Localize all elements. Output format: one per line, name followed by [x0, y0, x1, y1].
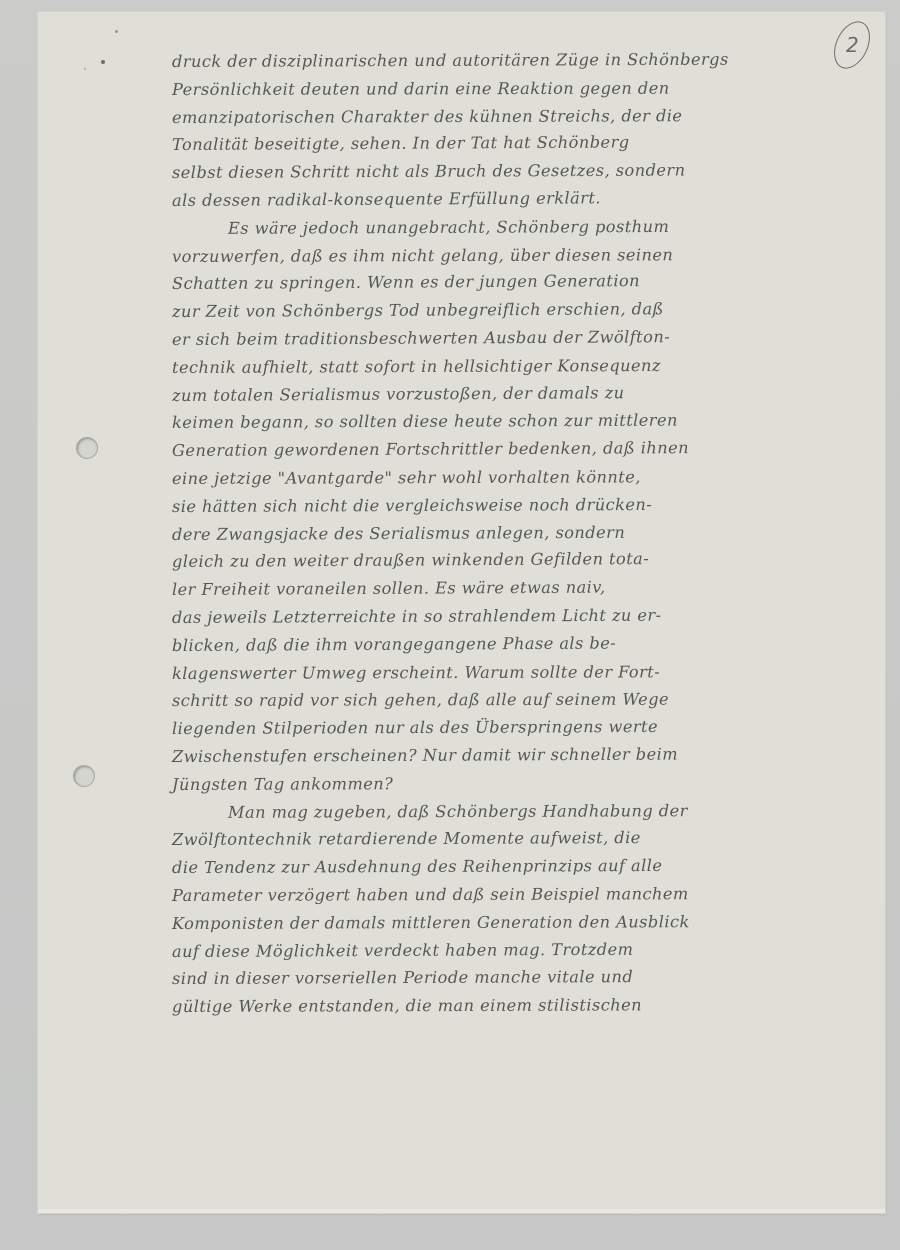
manuscript-line: er sich beim traditionsbeschwerten Ausba…	[172, 322, 812, 353]
manuscript-line: eine jetzige "Avantgarde" sehr wohl vorh…	[172, 463, 812, 493]
manuscript-line: als dessen radikal-konsequente Erfüllung…	[172, 183, 812, 215]
manuscript-line: sind in dieser vorseriellen Periode manc…	[172, 963, 812, 993]
manuscript-line: schritt so rapid vor sich gehen, daß all…	[172, 686, 812, 716]
manuscript-line: die Tendenz zur Ausdehnung des Reihenpri…	[172, 851, 812, 881]
handwritten-text-body: druck der disziplinarischen und autoritä…	[172, 48, 812, 1021]
manuscript-line: druck der disziplinarischen und autoritä…	[172, 45, 812, 75]
manuscript-line: technik aufhielt, statt sofort in hellsi…	[172, 351, 812, 381]
manuscript-line: sie hätten sich nicht die vergleichsweis…	[172, 490, 812, 520]
manuscript-line: Zwischenstufen erscheinen? Nur damit wir…	[172, 740, 812, 771]
manuscript-line: zum totalen Serialismus vorzustoßen, der…	[172, 378, 812, 410]
manuscript-line: gültige Werke entstanden, die man einem …	[172, 991, 812, 1021]
manuscript-line: selbst diesen Schritt nicht als Bruch de…	[172, 156, 812, 187]
paper-speck	[115, 30, 118, 33]
punch-hole-bottom	[73, 765, 95, 787]
manuscript-line: klagenswerter Umweg erscheint. Warum sol…	[172, 657, 812, 687]
manuscript-line: Generation gewordenen Fortschrittler bed…	[172, 434, 812, 465]
manuscript-line: Man mag zugeben, daß Schönbergs Handhabu…	[172, 796, 812, 826]
manuscript-line: Schatten zu springen. Wenn es der jungen…	[172, 266, 812, 298]
manuscript-line: das jeweils Letzterreichte in so strahle…	[172, 601, 812, 632]
manuscript-line: Zwölftontechnik retardierende Momente au…	[172, 824, 812, 854]
manuscript-line: blicken, daß die ihm vorangegangene Phas…	[172, 628, 812, 659]
manuscript-line: Jüngsten Tag ankommen?	[172, 768, 812, 798]
manuscript-line: Komponisten der damals mittleren Generat…	[172, 907, 812, 937]
manuscript-line: Persönlichkeit deuten und darin eine Rea…	[172, 74, 812, 104]
manuscript-line: ler Freiheit voraneilen sollen. Es wäre …	[172, 573, 812, 604]
page-number-text: 2	[846, 33, 859, 57]
manuscript-line: emanzipatorischen Charakter des kühnen S…	[172, 101, 812, 131]
manuscript-line: keimen begann, so sollten diese heute sc…	[172, 406, 812, 437]
manuscript-line: auf diese Möglichkeit verdeckt haben mag…	[172, 934, 812, 965]
paper-speck	[101, 60, 105, 64]
paper-speck	[84, 68, 86, 70]
manuscript-line: zur Zeit von Schönbergs Tod unbegreiflic…	[172, 295, 812, 326]
punch-hole-top	[76, 437, 98, 459]
manuscript-line: Tonalität beseitigte, sehen. In der Tat …	[172, 128, 812, 159]
manuscript-line: liegenden Stilperioden nur als des Übers…	[172, 712, 812, 742]
manuscript-line: Es wäre jedoch unangebracht, Schönberg p…	[172, 212, 812, 242]
manuscript-line: Parameter verzögert haben und daß sein B…	[172, 880, 812, 910]
manuscript-line: gleich zu den weiter draußen winkenden G…	[172, 544, 812, 576]
